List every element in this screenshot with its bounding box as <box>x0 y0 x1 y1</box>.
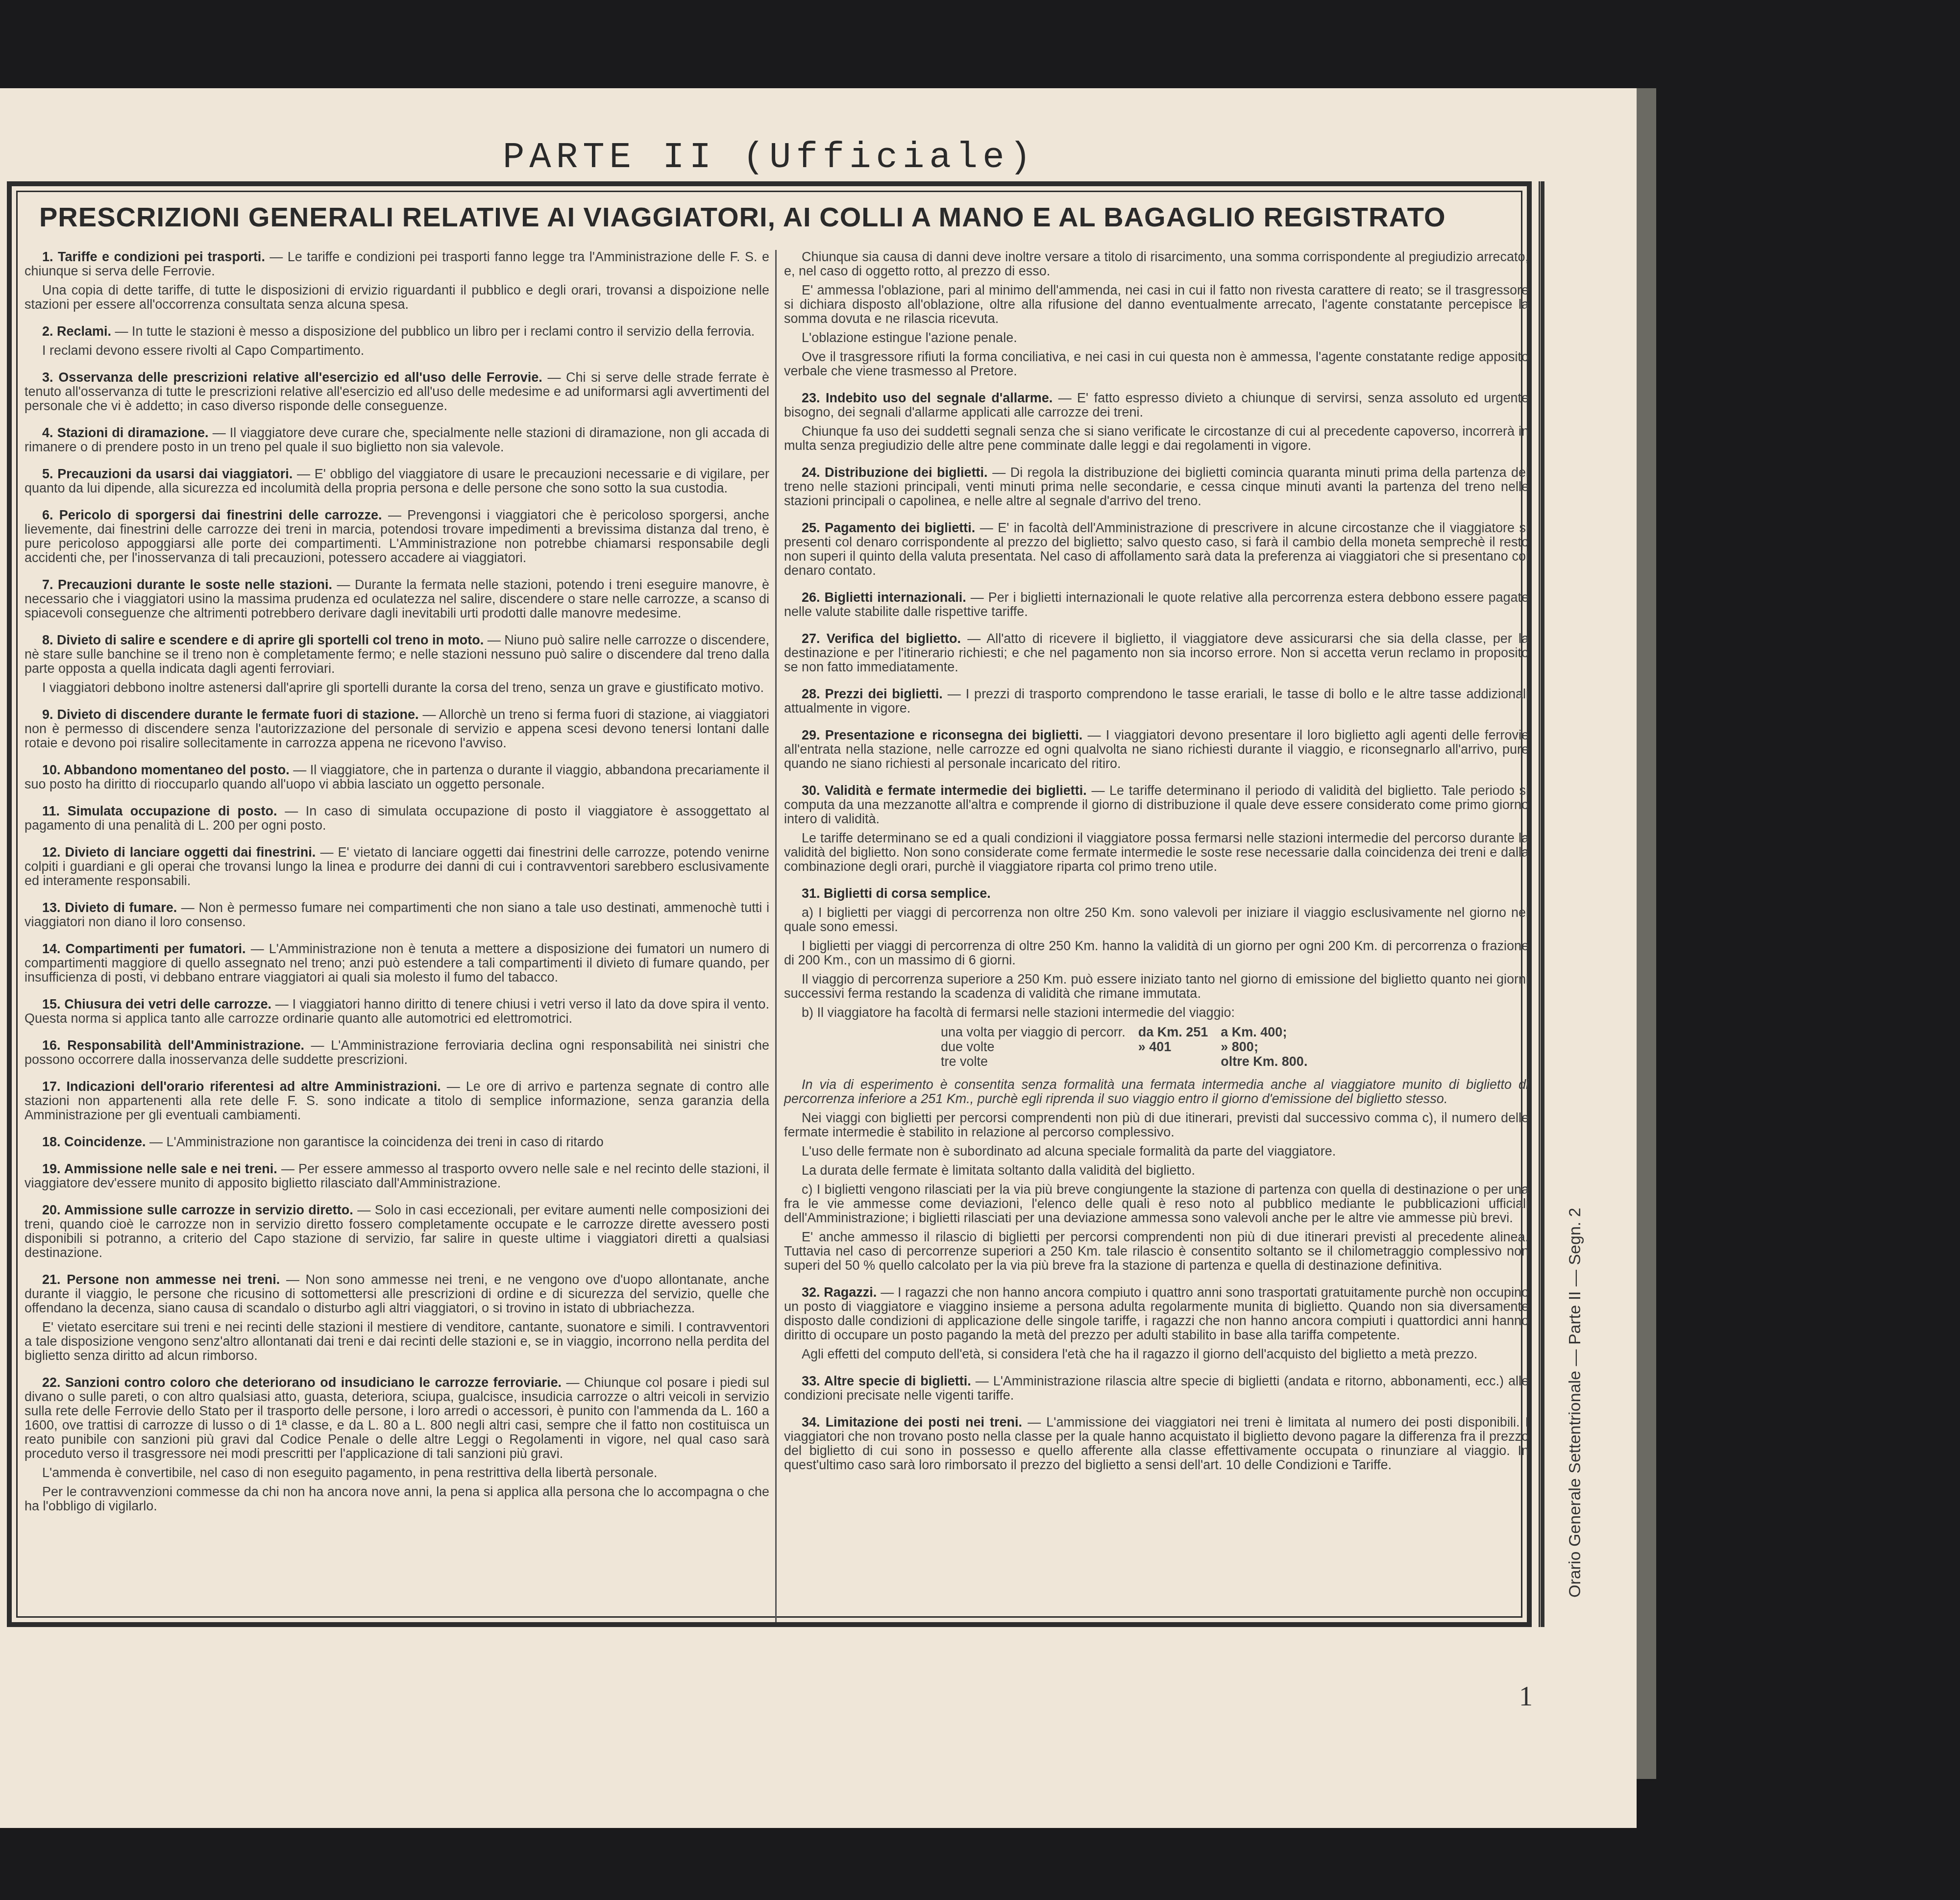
section-paragraph: 10. Abbandono momentaneo del posto. — Il… <box>24 763 769 791</box>
section-paragraph: I viaggiatori debbono inoltre astenersi … <box>24 681 769 695</box>
paragraph: Chiunque sia causa di danni deve inoltre… <box>784 250 1529 278</box>
section-title: 22. Sanzioni contro coloro che deteriora… <box>42 1375 566 1390</box>
section-item: 16. Responsabilità dell'Amministrazione.… <box>24 1038 769 1067</box>
section-paragraph: 29. Presentazione e riconsegna dei bigli… <box>784 728 1529 771</box>
section-paragraph: 6. Pericolo di sporgersi dai finestrini … <box>24 508 769 565</box>
section-paragraph: 33. Altre specie di biglietti. — L'Ammin… <box>784 1374 1529 1403</box>
section-paragraph: 8. Divieto di salire e scendere e di apr… <box>24 633 769 676</box>
section-paragraph: 30. Validità e fermate intermedie dei bi… <box>784 784 1529 826</box>
section-title: 27. Verifica del biglietto. <box>802 631 967 646</box>
table-cell: » 401 <box>1138 1039 1221 1054</box>
section-title: 2. Reclami. <box>42 324 115 339</box>
section-paragraph: Una copia di dette tariffe, di tutte le … <box>24 283 769 312</box>
page-number: 1 <box>1519 1681 1533 1712</box>
section-item: 28. Prezzi dei biglietti. — I prezzi di … <box>784 687 1529 716</box>
section-title: 10. Abbandono momentaneo del posto. <box>42 763 293 777</box>
section-item: 25. Pagamento dei biglietti. — E' in fac… <box>784 521 1529 578</box>
page-edge <box>1637 88 1656 1779</box>
section-title: 20. Ammissione sulle carrozze in servizi… <box>42 1203 357 1217</box>
section-paragraph: 17. Indicazioni dell'orario riferentesi … <box>24 1080 769 1122</box>
column-divider <box>775 250 777 1622</box>
section-item: 32. Ragazzi. — I ragazzi che non hanno a… <box>784 1285 1529 1361</box>
section-paragraph: Per le contravvenzioni commesse da chi n… <box>24 1485 769 1513</box>
section-paragraph: 21. Persone non ammesse nei treni. — Non… <box>24 1273 769 1315</box>
section-paragraph: 13. Divieto di fumare. — Non è permesso … <box>24 901 769 929</box>
table-row: tre volteoltre Km. 800. <box>941 1054 1320 1069</box>
section-item: 11. Simulata occupazione di posto. — In … <box>24 804 769 833</box>
section-paragraph: 20. Ammissione sulle carrozze in servizi… <box>24 1203 769 1260</box>
section-title: 31. Biglietti di corsa semplice. <box>802 886 991 901</box>
section-item: 14. Compartimenti per fumatori. — L'Ammi… <box>24 942 769 985</box>
section-item: 23. Indebito uso del segnale d'allarme. … <box>784 391 1529 453</box>
section-item: 8. Divieto di salire e scendere e di apr… <box>24 633 769 695</box>
paragraph: b) Il viaggiatore ha facoltà di fermarsi… <box>784 1006 1529 1020</box>
section-item: 7. Precauzioni durante le soste nelle st… <box>24 578 769 620</box>
section-title: 16. Responsabilità dell'Amministrazione. <box>42 1038 311 1053</box>
section-paragraph: 25. Pagamento dei biglietti. — E' in fac… <box>784 521 1529 578</box>
table-cell: da Km. 251 <box>1138 1025 1221 1039</box>
section-item: 1. Tariffe e condizioni pei trasporti. —… <box>24 250 769 312</box>
section-paragraph: E' vietato esercitare sui treni e nei re… <box>24 1320 769 1363</box>
section-paragraph: 1. Tariffe e condizioni pei trasporti. —… <box>24 250 769 278</box>
section-paragraph: 19. Ammissione nelle sale e nei treni. —… <box>24 1162 769 1190</box>
section-item: 13. Divieto di fumare. — Non è permesso … <box>24 901 769 929</box>
section-item: 33. Altre specie di biglietti. — L'Ammin… <box>784 1374 1529 1403</box>
section-title: 23. Indebito uso del segnale d'allarme. <box>802 391 1058 405</box>
table-cell: oltre Km. 800. <box>1221 1054 1320 1069</box>
section-item: 20. Ammissione sulle carrozze in servizi… <box>24 1203 769 1260</box>
section-title: 6. Pericolo di sporgersi dai finestrini … <box>42 508 388 522</box>
paragraph: E' anche ammesso il rilascio di bigliett… <box>784 1230 1529 1273</box>
paragraph: Nei viaggi con biglietti per percorsi co… <box>784 1111 1529 1139</box>
section-paragraph: 26. Biglietti internazionali. — Per i bi… <box>784 591 1529 619</box>
section-item: 5. Precauzioni da usarsi dai viaggiatori… <box>24 467 769 495</box>
section-title: 30. Validità e fermate intermedie dei bi… <box>802 783 1091 798</box>
section-paragraph: Chiunque fa uso dei suddetti segnali sen… <box>784 424 1529 453</box>
section-paragraph: 3. Osservanza delle prescrizioni relativ… <box>24 370 769 413</box>
side-rule <box>1539 181 1544 1627</box>
section-paragraph: Agli effetti del computo dell'età, si co… <box>784 1347 1529 1361</box>
section-item: 6. Pericolo di sporgersi dai finestrini … <box>24 508 769 565</box>
section-item: 27. Verifica del biglietto. — All'atto d… <box>784 632 1529 674</box>
part-title: PARTE II (Ufficiale) <box>0 137 1539 178</box>
paragraph: Il viaggio di percorrenza superiore a 25… <box>784 972 1529 1001</box>
paragraph: L'oblazione estingue l'azione penale. <box>784 331 1529 345</box>
section-paragraph: 15. Chiusura dei vetri delle carrozze. —… <box>24 997 769 1026</box>
table-cell: » 800; <box>1221 1039 1320 1054</box>
section-paragraph: 7. Precauzioni durante le soste nelle st… <box>24 578 769 620</box>
section-item: 18. Coincidenze. — L'Amministrazione non… <box>24 1135 769 1149</box>
section-title: 7. Precauzioni durante le soste nelle st… <box>42 577 337 592</box>
section-title: 1. Tariffe e condizioni pei trasporti. <box>42 249 269 264</box>
table-row: due volte» 401» 800; <box>941 1039 1320 1054</box>
section-title: 29. Presentazione e riconsegna dei bigli… <box>802 728 1088 742</box>
section-title: 4. Stazioni di diramazione. <box>42 425 213 440</box>
section-title: 17. Indicazioni dell'orario riferentesi … <box>42 1079 447 1094</box>
section-item: 15. Chiusura dei vetri delle carrozze. —… <box>24 997 769 1026</box>
section-item: 4. Stazioni di diramazione. — Il viaggia… <box>24 426 769 454</box>
table-cell: una volta per viaggio di percorr. <box>941 1025 1138 1039</box>
section-title: 28. Prezzi dei biglietti. <box>802 687 948 701</box>
table-cell: tre volte <box>941 1054 1138 1069</box>
section-title: 12. Divieto di lanciare oggetti dai fine… <box>42 845 320 860</box>
section-31: 31. Biglietti di corsa semplice. a) I bi… <box>784 887 1529 1273</box>
main-title: PRESCRIZIONI GENERALI RELATIVE AI VIAGGI… <box>39 201 1529 233</box>
side-running-text: Orario Generale Settentrionale — Parte I… <box>1566 1208 1585 1598</box>
section-title: 3. Osservanza delle prescrizioni relativ… <box>42 370 547 385</box>
section-paragraph: 22. Sanzioni contro coloro che deteriora… <box>24 1376 769 1461</box>
section-title: 19. Ammissione nelle sale e nei treni. <box>42 1161 281 1176</box>
table-cell: a Km. 400; <box>1221 1025 1320 1039</box>
section-paragraph: I reclami devono essere rivolti al Capo … <box>24 344 769 358</box>
table-row: una volta per viaggio di percorr.da Km. … <box>941 1025 1320 1039</box>
section-paragraph: 32. Ragazzi. — I ragazzi che non hanno a… <box>784 1285 1529 1342</box>
table-cell <box>1138 1054 1221 1069</box>
left-column: 1. Tariffe e condizioni pei trasporti. —… <box>24 250 769 1526</box>
section-title: 13. Divieto di fumare. <box>42 900 181 915</box>
section-title: 14. Compartimenti per fumatori. <box>42 941 251 956</box>
section-item: 12. Divieto di lanciare oggetti dai fine… <box>24 845 769 888</box>
section-paragraph: 2. Reclami. — In tutte le stazioni è mes… <box>24 324 769 339</box>
section-paragraph: 23. Indebito uso del segnale d'allarme. … <box>784 391 1529 419</box>
paragraph: L'uso delle fermate non è subordinato ad… <box>784 1144 1529 1159</box>
section-paragraph: 9. Divieto di discendere durante le ferm… <box>24 708 769 750</box>
intro-section: Chiunque sia causa di danni deve inoltre… <box>784 250 1529 378</box>
section-paragraph: 5. Precauzioni da usarsi dai viaggiatori… <box>24 467 769 495</box>
section-title: 11. Simulata occupazione di posto. <box>42 804 285 818</box>
section-paragraph: 28. Prezzi dei biglietti. — I prezzi di … <box>784 687 1529 716</box>
section-paragraph: 12. Divieto di lanciare oggetti dai fine… <box>24 845 769 888</box>
section-title: 25. Pagamento dei biglietti. <box>802 520 980 535</box>
section-title: 18. Coincidenze. <box>42 1135 149 1149</box>
section-item: 3. Osservanza delle prescrizioni relativ… <box>24 370 769 413</box>
section-item: 2. Reclami. — In tutte le stazioni è mes… <box>24 324 769 358</box>
paragraph: E' ammessa l'oblazione, pari al minimo d… <box>784 283 1529 326</box>
section-paragraph: 18. Coincidenze. — L'Amministrazione non… <box>24 1135 769 1149</box>
paragraph: a) I biglietti per viaggi di percorrenza… <box>784 906 1529 934</box>
section-item: 10. Abbandono momentaneo del posto. — Il… <box>24 763 769 791</box>
section-item: 24. Distribuzione dei biglietti. — Di re… <box>784 466 1529 508</box>
section-paragraph: 34. Limitazione dei posti nei treni. — L… <box>784 1415 1529 1472</box>
section-paragraph: 11. Simulata occupazione di posto. — In … <box>24 804 769 833</box>
section-paragraph: 4. Stazioni di diramazione. — Il viaggia… <box>24 426 769 454</box>
italic-note: In via di esperimento è consentita senza… <box>784 1078 1529 1106</box>
section-item: 9. Divieto di discendere durante le ferm… <box>24 708 769 750</box>
section-title: 32. Ragazzi. <box>802 1285 881 1300</box>
section-title: 34. Limitazione dei posti nei treni. <box>802 1415 1028 1430</box>
section-paragraph: 27. Verifica del biglietto. — All'atto d… <box>784 632 1529 674</box>
section-paragraph: 24. Distribuzione dei biglietti. — Di re… <box>784 466 1529 508</box>
section-paragraph: Le tariffe determinano se ed a quali con… <box>784 831 1529 874</box>
paragraph: c) I biglietti vengono rilasciati per la… <box>784 1183 1529 1225</box>
section-title: 24. Distribuzione dei biglietti. <box>802 465 992 480</box>
section-title: 5. Precauzioni da usarsi dai viaggiatori… <box>42 467 297 481</box>
section-item: 30. Validità e fermate intermedie dei bi… <box>784 784 1529 874</box>
section-item: 29. Presentazione e riconsegna dei bigli… <box>784 728 1529 771</box>
section-item: 22. Sanzioni contro coloro che deteriora… <box>24 1376 769 1513</box>
section-title: 21. Persone non ammesse nei treni. <box>42 1272 286 1287</box>
section-item: 26. Biglietti internazionali. — Per i bi… <box>784 591 1529 619</box>
paragraph: La durata delle fermate è limitata solta… <box>784 1163 1529 1178</box>
section-item: 17. Indicazioni dell'orario riferentesi … <box>24 1080 769 1122</box>
section-title: 8. Divieto di salire e scendere e di apr… <box>42 633 488 647</box>
section-title: 33. Altre specie di biglietti. <box>802 1374 976 1388</box>
section-item: 19. Ammissione nelle sale e nei treni. —… <box>24 1162 769 1190</box>
section-title: 9. Divieto di discendere durante le ferm… <box>42 707 422 722</box>
paragraph: I biglietti per viaggi di percorrenza di… <box>784 939 1529 967</box>
section-item: 34. Limitazione dei posti nei treni. — L… <box>784 1415 1529 1472</box>
right-column: Chiunque sia causa di danni deve inoltre… <box>784 250 1529 1485</box>
section-item: 21. Persone non ammesse nei treni. — Non… <box>24 1273 769 1363</box>
section-title: 26. Biglietti internazionali. <box>802 590 971 605</box>
stops-table: una volta per viaggio di percorr.da Km. … <box>941 1025 1320 1069</box>
table-cell: due volte <box>941 1039 1138 1054</box>
section-title: 15. Chiusura dei vetri delle carrozze. <box>42 997 275 1012</box>
paragraph: Ove il trasgressore rifiuti la forma con… <box>784 350 1529 378</box>
section-paragraph: 14. Compartimenti per fumatori. — L'Ammi… <box>24 942 769 985</box>
section-paragraph: 16. Responsabilità dell'Amministrazione.… <box>24 1038 769 1067</box>
section-paragraph: L'ammenda è convertibile, nel caso di no… <box>24 1466 769 1480</box>
